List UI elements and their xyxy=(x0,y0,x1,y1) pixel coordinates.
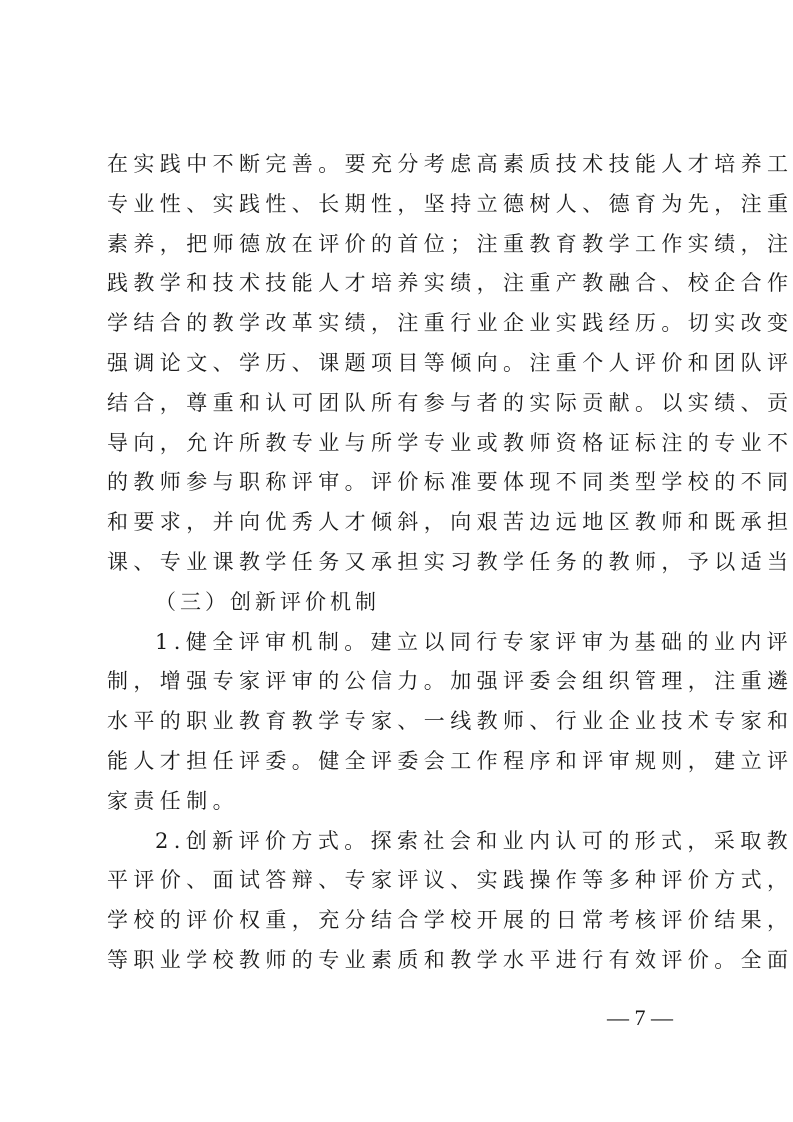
text-line: 专业性、实践性、长期性，坚持立德树人、德育为先，注重师德 xyxy=(107,185,695,225)
item-2-first-line: 2.创新评价方式。探索社会和业内认可的形式，采取教学水 xyxy=(107,822,695,862)
text-line: 等职业学校教师的专业素质和教学水平进行有效评价。全面推行 xyxy=(107,941,695,981)
text-line: 结合，尊重和认可团队所有参与者的实际贡献。以实绩、贡献为 xyxy=(107,384,695,424)
text-line: 在实践中不断完善。要充分考虑高素质技术技能人才培养工作的 xyxy=(107,145,695,185)
text-line: 学结合的教学改革实绩，注重行业企业实践经历。切实改变过分 xyxy=(107,304,695,344)
text-line: 素养，把师德放在评价的首位；注重教育教学工作实绩，注重实 xyxy=(107,225,695,265)
section-heading: （三）创新评价机制 xyxy=(107,583,697,623)
item-1-first-line: 1.健全评审机制。建立以同行专家评审为基础的业内评价机 xyxy=(107,623,695,663)
text-line: 的教师参与职称评审。评价标准要体现不同类型学校的不同特点 xyxy=(107,463,695,503)
text-line: 学校的评价权重，充分结合学校开展的日常考核评价结果，对中 xyxy=(107,901,695,941)
text-line: 课、专业课教学任务又承担实习教学任务的教师，予以适当倾斜。 xyxy=(107,543,695,583)
text-line: 水平的职业教育教学专家、一线教师、行业企业技术专家和高技 xyxy=(107,702,695,742)
text-line: 平评价、面试答辩、专家评议、实践操作等多种评价方式，加大 xyxy=(107,861,695,901)
text-line: 强调论文、学历、课题项目等倾向。注重个人评价和团队评价相 xyxy=(107,344,695,384)
text-line: 家责任制。 xyxy=(107,782,695,822)
text-line: 能人才担任评委。健全评委会工作程序和评审规则，建立评审专 xyxy=(107,742,695,782)
text-line: 制，增强专家评审的公信力。加强评委会组织管理，注重遴选高 xyxy=(107,662,695,702)
document-body: 在实践中不断完善。要充分考虑高素质技术技能人才培养工作的 专业性、实践性、长期性… xyxy=(107,145,697,981)
page-number: — 7 — xyxy=(600,1003,680,1033)
text-line: 践教学和技术技能人才培养实绩，注重产教融合、校企合作和工 xyxy=(107,264,695,304)
text-line: 导向，允许所教专业与所学专业或教师资格证标注的专业不一致 xyxy=(107,424,695,464)
text-line: 和要求，并向优秀人才倾斜，向艰苦边远地区教师和既承担文化 xyxy=(107,503,695,543)
